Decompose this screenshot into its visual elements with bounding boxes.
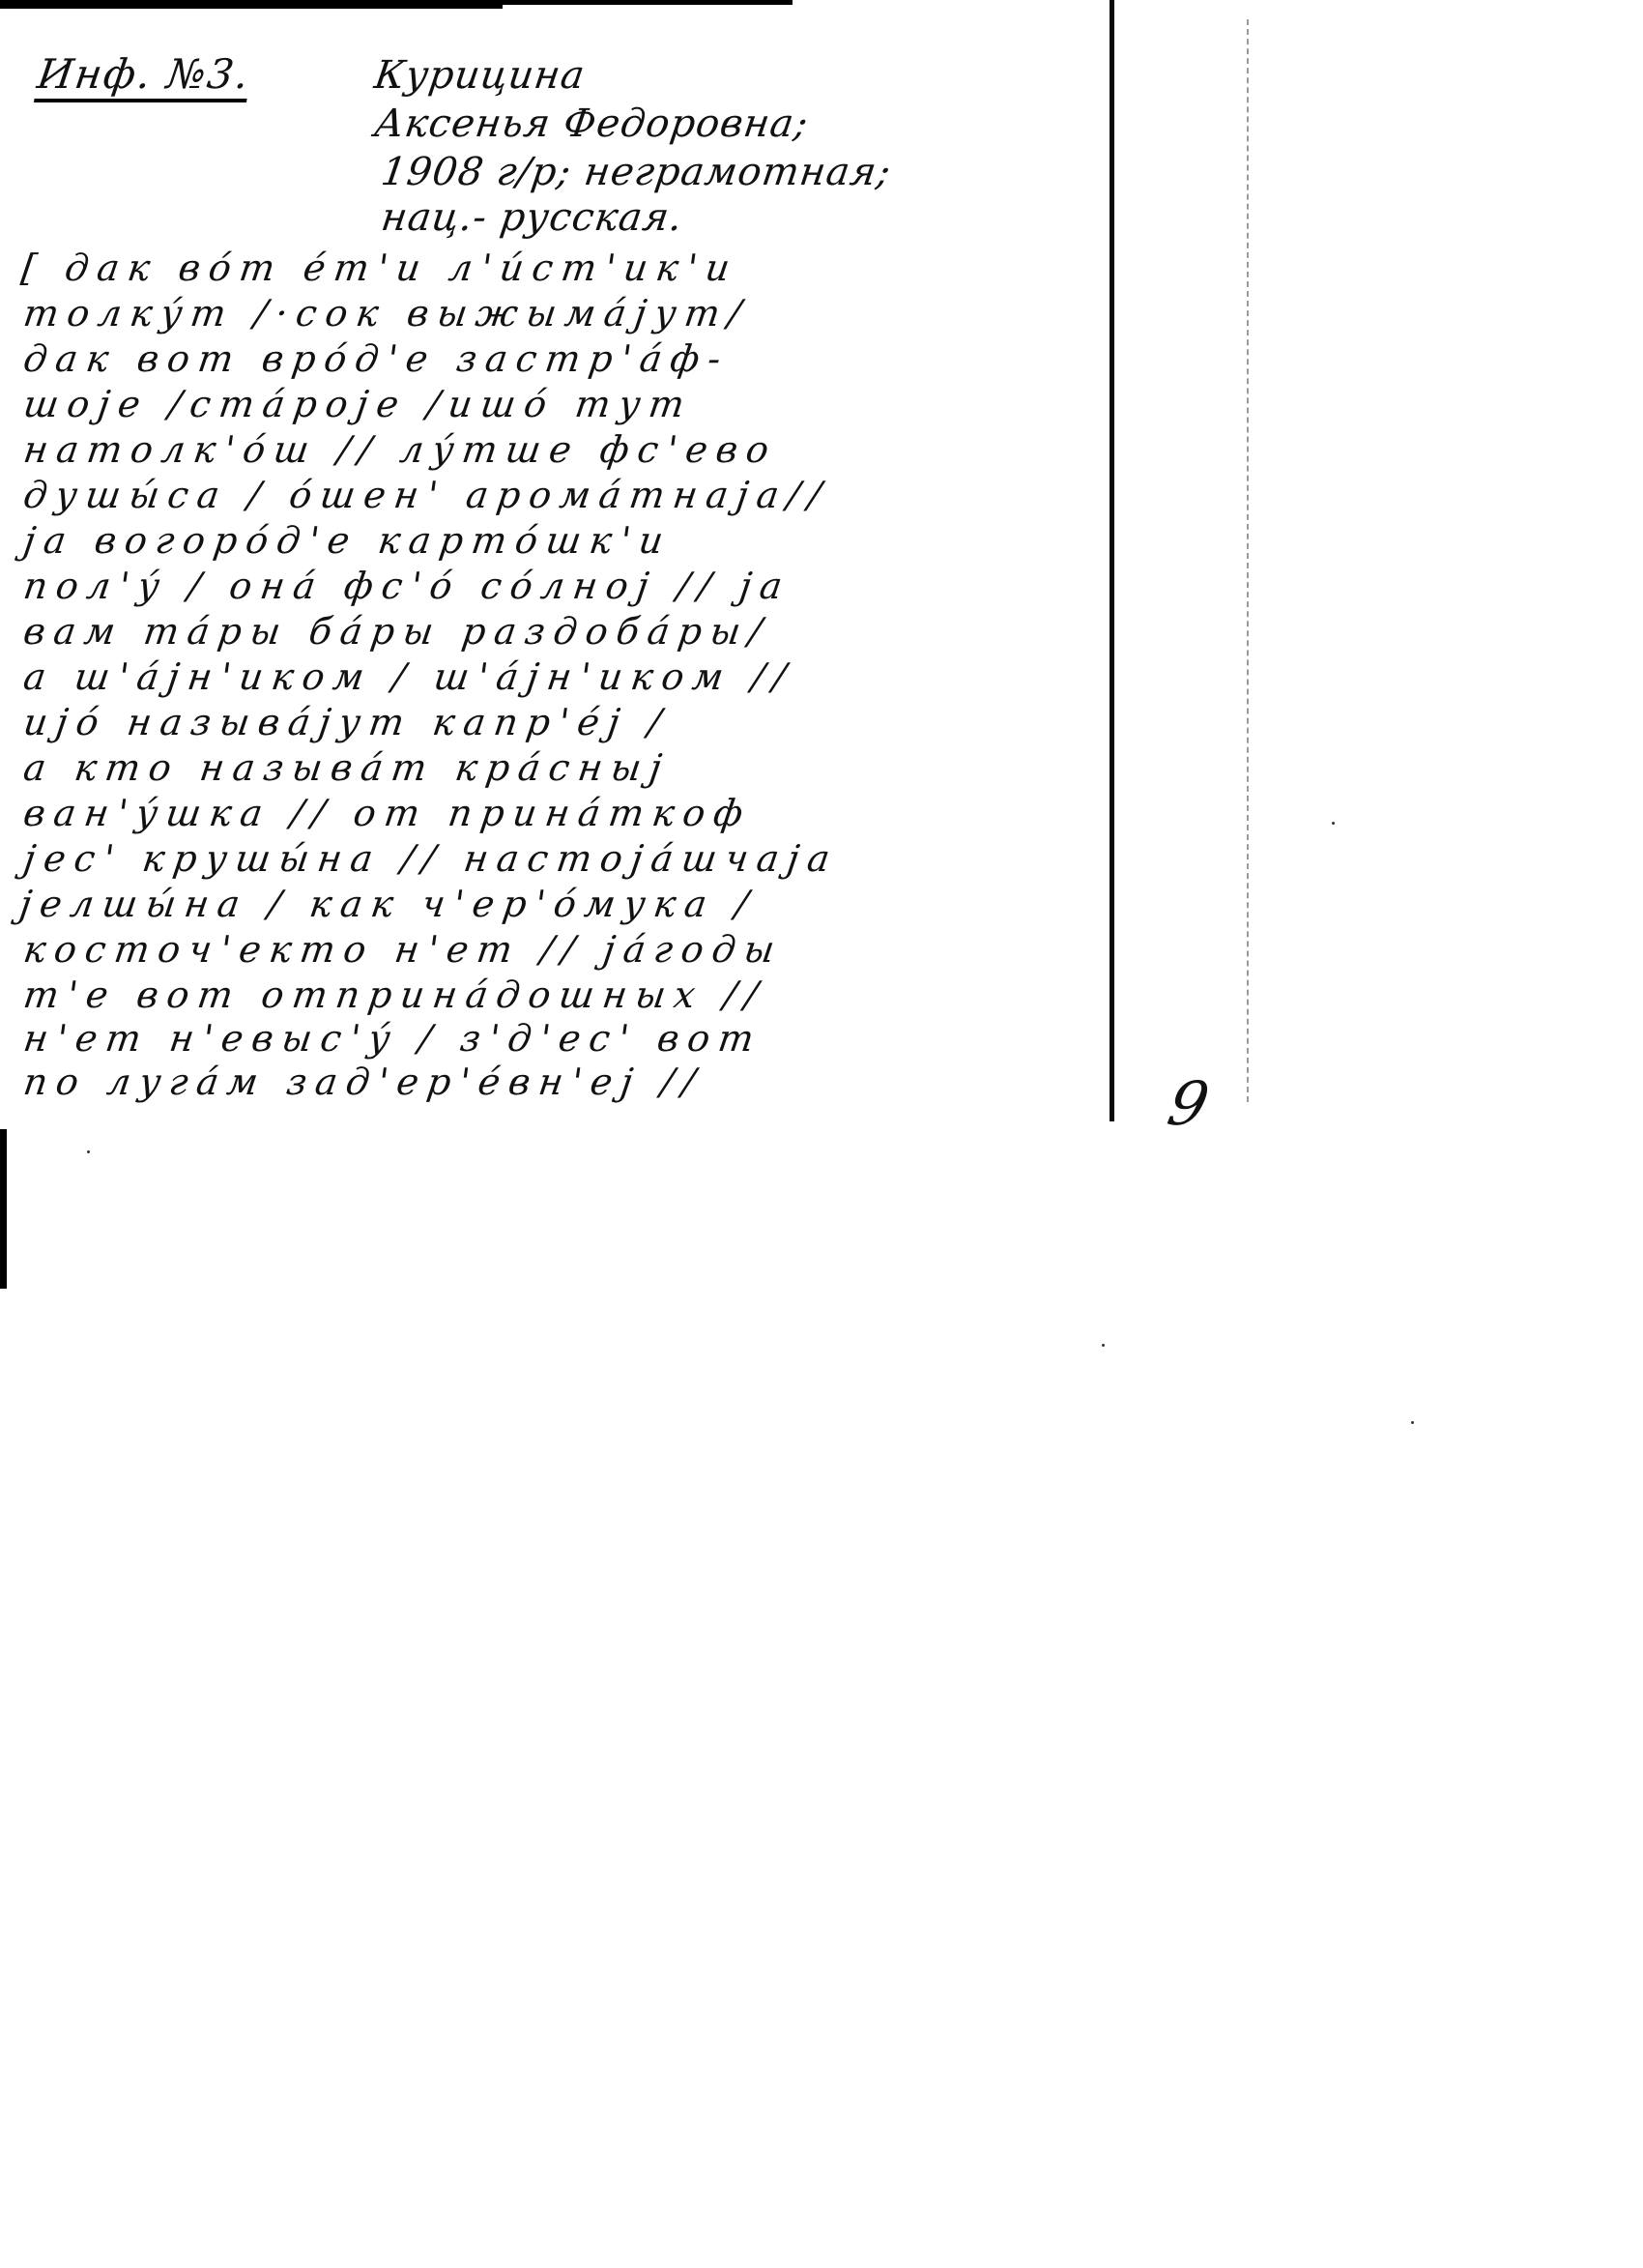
transcript-line: [ дак во́т е́т'и л'и́ст'ик'и [19, 249, 740, 286]
scan-speck [1411, 1421, 1414, 1424]
scanned-page: Инф. №3. Курицина Аксенья Федоровна; 190… [0, 0, 1643, 2268]
transcript-line: шоје /ста́роје /ишо́ тут [21, 386, 695, 422]
page-number: 9 [1162, 1068, 1215, 1139]
transcript-line: ван'у́шка // от прина́ткоф [21, 795, 754, 831]
margin-rule [1110, 0, 1114, 1121]
transcript-line: натолк'о́ш // лу́тше фс'ево [21, 431, 780, 468]
fold-line [1247, 19, 1249, 1102]
transcript-line: јелшы́на / как ч'ер'о́мука / [17, 886, 760, 922]
transcript-line: а кто называ́т кра́сныј [21, 749, 673, 786]
scan-speck [87, 1150, 90, 1153]
transcript-line: ја вогоро́д'е карто́шк'и [21, 522, 674, 559]
scan-edge-bar [0, 0, 503, 9]
transcript-line: душы́са / о́шен' арома́тнаја// [21, 477, 832, 513]
informant-nationality: нац.- русская. [379, 198, 685, 237]
transcript-line: а ш'а́јн'иком / ш'а́јн'иком // [21, 658, 797, 695]
transcript-line: н'ет н'евыс'у́ / з'д'ес' вот [21, 1020, 764, 1057]
scan-edge-mark [0, 1129, 7, 1289]
informant-birth-literacy: 1908 г/р; неграмотная; [379, 153, 894, 191]
transcript-line: по луга́м зад'ер'е́вн'еј // [21, 1063, 706, 1100]
scan-speck [1332, 822, 1335, 825]
transcript-line: т'е вот отприна́дошных // [21, 976, 768, 1013]
informant-name: Аксенья Федоровна; [372, 104, 811, 143]
transcript-line: пол'у́ / она́ фс'о́ со́лној // ја [21, 567, 793, 604]
scan-speck [1102, 1344, 1105, 1347]
scan-edge-bar-thin [503, 0, 793, 5]
transcript-line: ијо́ называ́јут капр'е́ј / [21, 704, 672, 741]
transcript-line: јес' крушы́на // настоја́шчаја [21, 840, 841, 877]
informant-label: Инф. №3. [34, 54, 253, 102]
transcript-line: вам та́ры ба́ры раздоба́ры/ [21, 613, 773, 650]
transcript-line: дак вот вро́д'е застр'а́ф- [21, 340, 732, 377]
transcript-line: косточ'екто н'ет // ја́годы [21, 931, 786, 968]
transcript-line: толку́т /·сок выжыма́јут/ [21, 295, 752, 332]
informant-surname: Курицина [372, 56, 588, 95]
